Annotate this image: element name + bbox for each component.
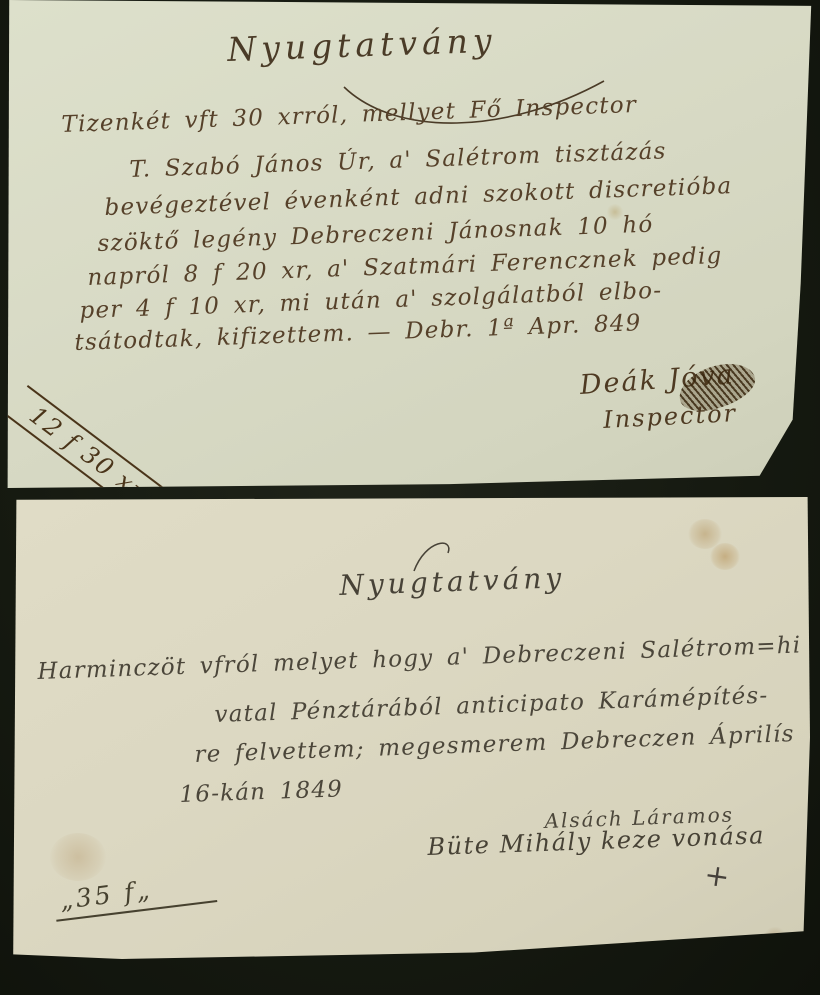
receipt-2-mark-signature: Büte Mihály keze vonása bbox=[427, 821, 765, 861]
receipt-2-title: Nyugtatvány bbox=[339, 561, 566, 602]
stain bbox=[764, 927, 786, 947]
receipt-1-signature-title: Inspector bbox=[603, 399, 738, 434]
receipt-1-title: Nyugtatvány bbox=[227, 21, 498, 69]
receipt-2-amount: „35 f„ bbox=[58, 875, 154, 915]
receipt-1-line: T. Szabó János Úr, a' Salétrom tisztázás bbox=[129, 138, 667, 183]
receipt-2: Nyugtatvány Harminczöt vfról melyet hogy… bbox=[10, 497, 810, 959]
receipt-1: Nyugtatvány Tizenkét vft 30 xrról, melly… bbox=[6, 0, 812, 488]
receipt-1-amount: 12 f 30 xr bbox=[24, 401, 151, 506]
receipt-1-line: Tizenkét vft 30 xrról, mellyet Fő Inspec… bbox=[61, 92, 637, 138]
photo-background: Nyugtatvány Tizenkét vft 30 xrról, melly… bbox=[0, 0, 820, 995]
receipt-2-line: 16-kán 1849 bbox=[179, 776, 343, 808]
receipt-2-line: vatal Pénztárából anticipato Karámépítés… bbox=[214, 683, 769, 728]
stain bbox=[50, 833, 106, 881]
receipt-2-line: Harminczöt vfról melyet hogy a' Debrecze… bbox=[37, 632, 802, 685]
stain bbox=[710, 543, 740, 570]
receipt-2-line: re felvettem; megesmerem Debreczen Ápril… bbox=[194, 721, 795, 768]
signature-cross-mark: + bbox=[702, 857, 732, 895]
